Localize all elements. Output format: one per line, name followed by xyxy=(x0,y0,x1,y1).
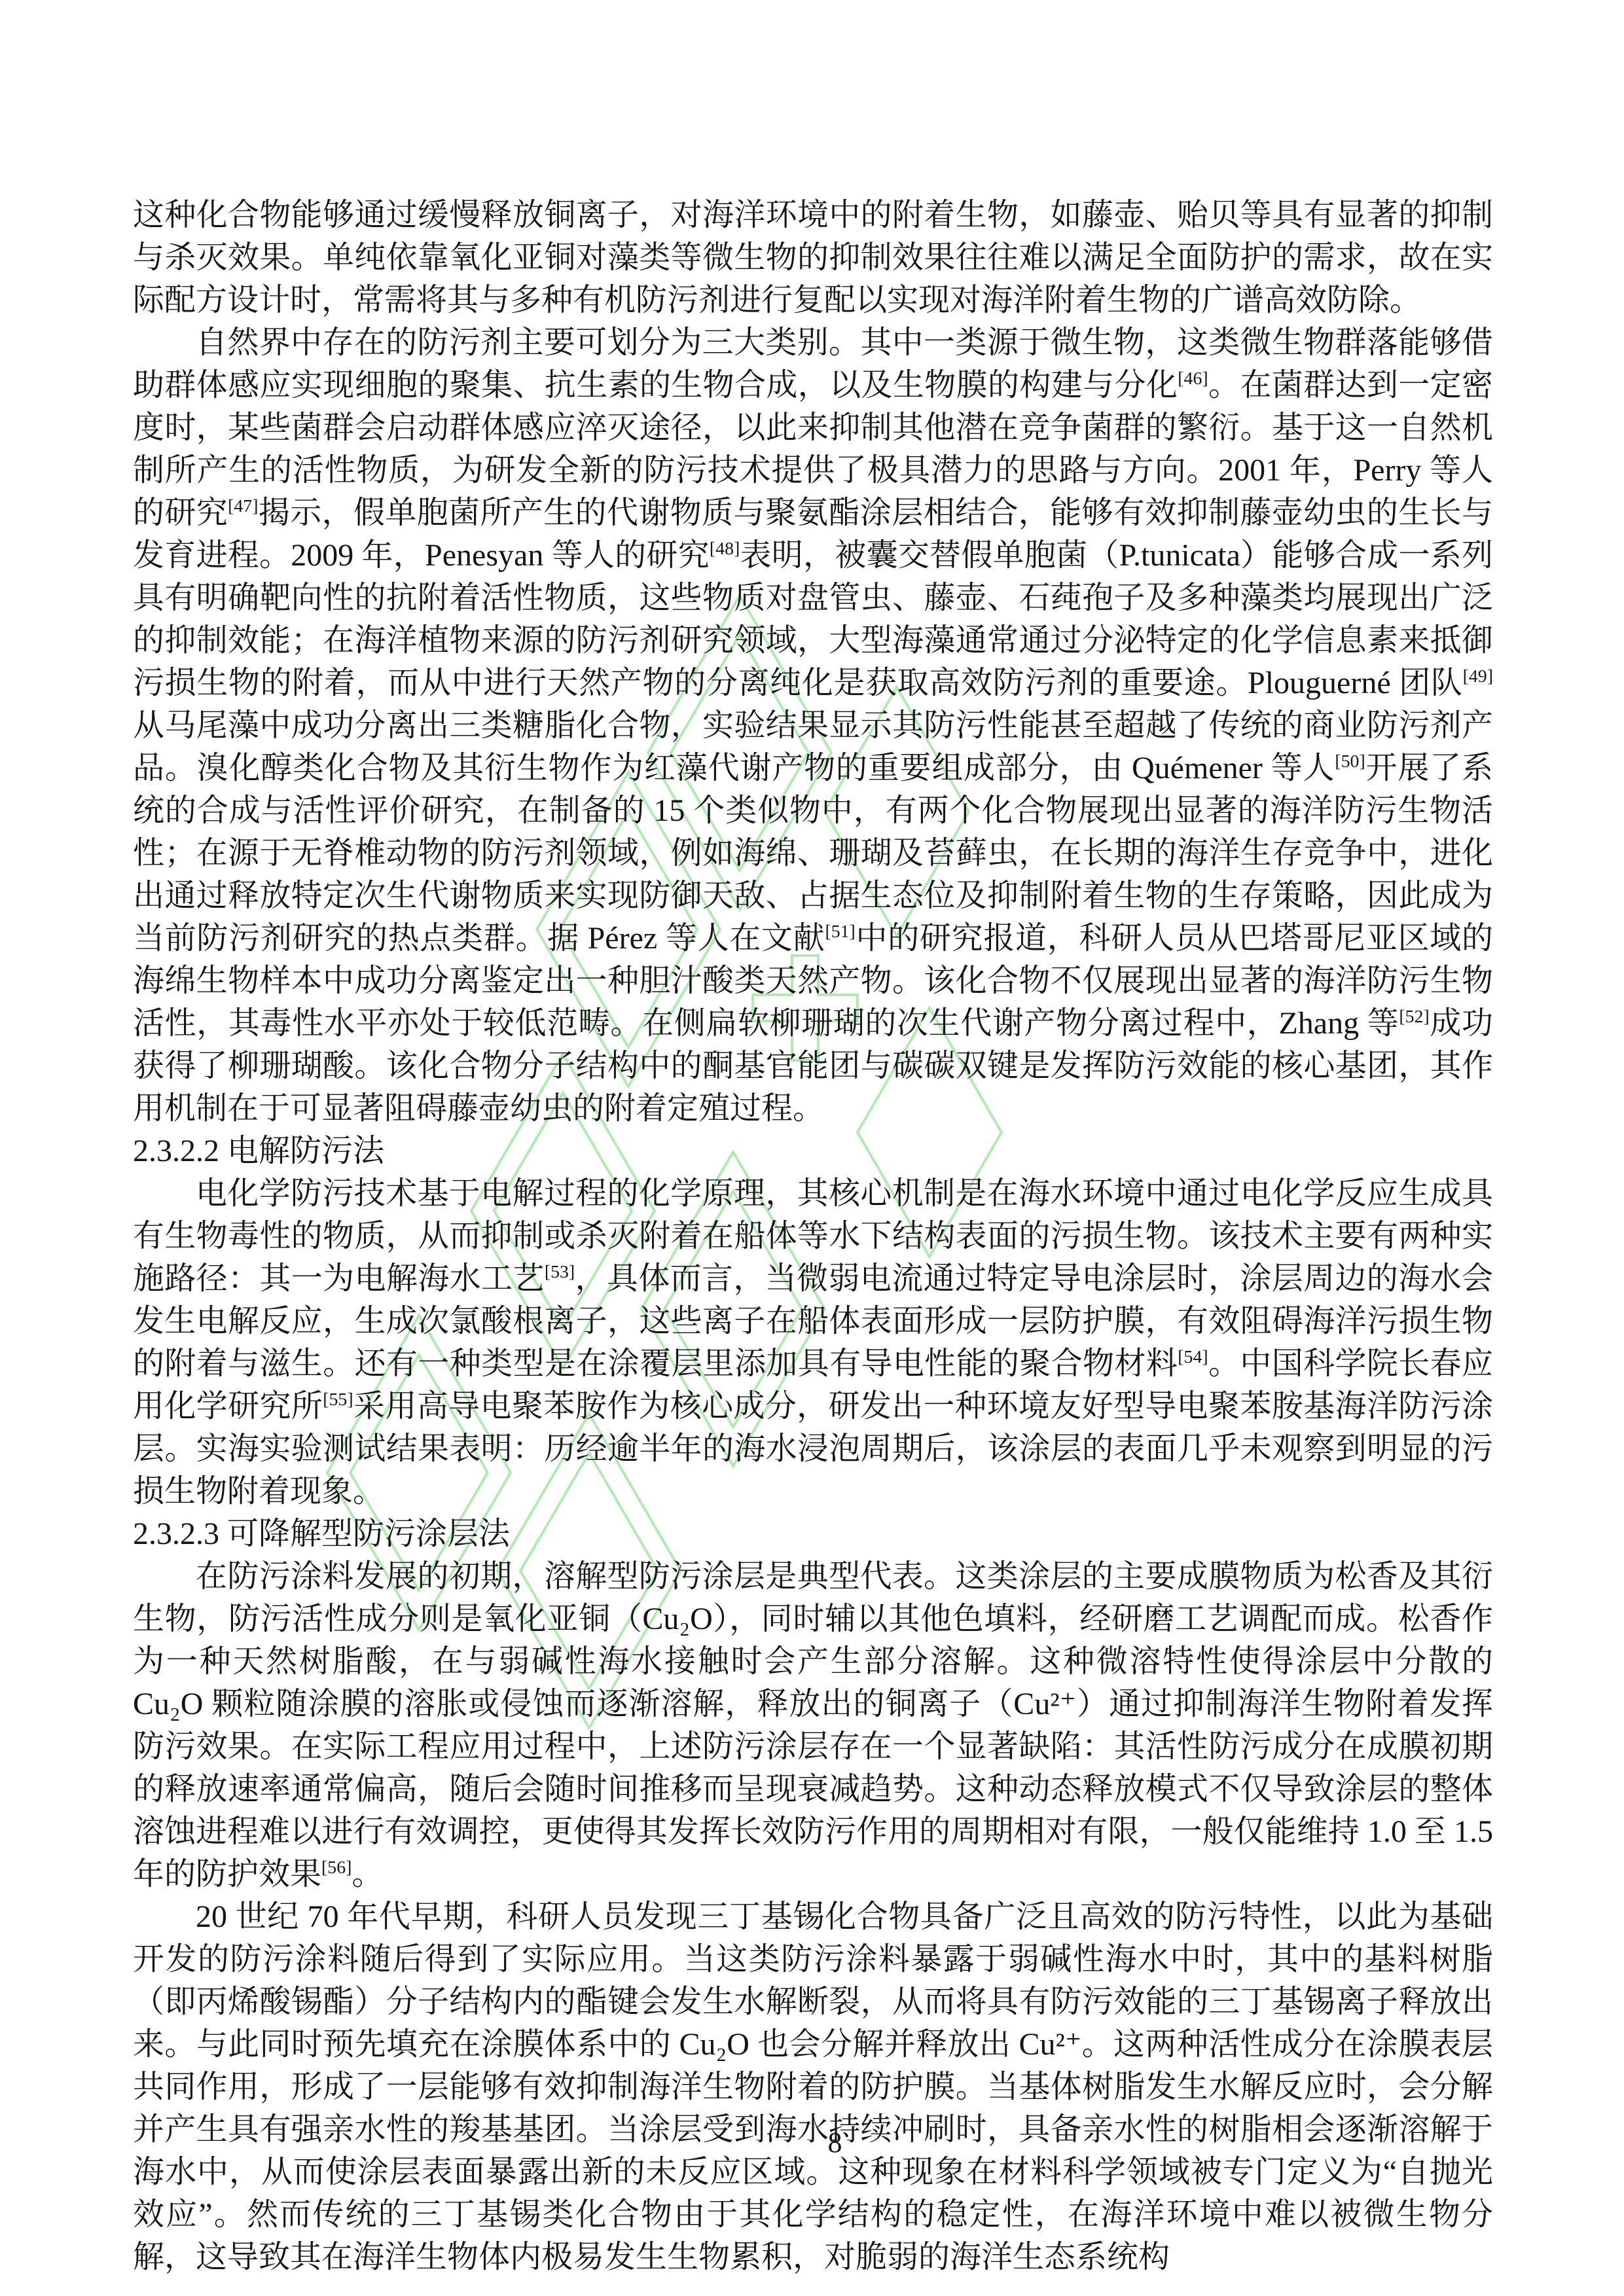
citation-superscript: [46] xyxy=(1178,368,1208,389)
body-paragraph: 电化学防污技术基于电解过程的化学原理，其核心机制是在海水环境中通过电化学反应生成… xyxy=(133,1172,1493,1513)
citation-superscript: [48] xyxy=(710,539,740,559)
body-paragraph: 在防污涂料发展的初期，溶解型防污涂层是典型代表。这类涂层的主要成膜物质为松香及其… xyxy=(133,1555,1493,1895)
citation-superscript: [54] xyxy=(1178,1347,1208,1367)
citation-superscript: [47] xyxy=(228,496,258,516)
page-content: 这种化合物能够通过缓慢释放铜离子，对海洋环境中的附着生物，如藤壶、贻贝等具有显著… xyxy=(133,194,1493,2278)
page-number: 8 xyxy=(23,2126,1624,2159)
citation-superscript: [55] xyxy=(323,1390,353,1410)
section-heading: 2.3.2.2 电解防污法 xyxy=(133,1130,1493,1172)
body-paragraph: 自然界中存在的防污剂主要可划分为三大类别。其中一类源于微生物，这类微生物群落能够… xyxy=(133,321,1493,1130)
citation-superscript: [49] xyxy=(1463,666,1493,687)
section-heading: 2.3.2.3 可降解型防污涂层法 xyxy=(133,1513,1493,1555)
document-page: 这种化合物能够通过缓慢释放铜离子，对海洋环境中的附着生物，如藤壶、贻贝等具有显著… xyxy=(0,0,1624,2296)
body-paragraph: 这种化合物能够通过缓慢释放铜离子，对海洋环境中的附着生物，如藤壶、贻贝等具有显著… xyxy=(133,194,1493,321)
citation-superscript: [53] xyxy=(545,1262,575,1282)
citation-superscript: [51] xyxy=(825,922,855,942)
body-paragraph: 20 世纪 70 年代早期，科研人员发现三丁基锡化合物具备广泛且高效的防污特性，… xyxy=(133,1895,1493,2278)
citation-superscript: [52] xyxy=(1399,1007,1429,1027)
citation-superscript: [50] xyxy=(1335,751,1365,772)
citation-superscript: [56] xyxy=(321,1857,352,1878)
